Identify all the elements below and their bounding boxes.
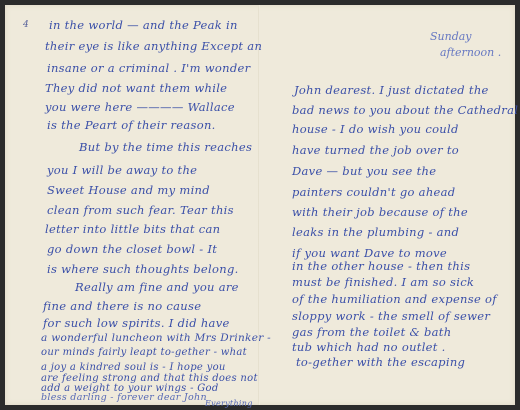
handwritten-line: in the world — and the Peak in	[49, 18, 238, 32]
handwritten-line: tub which had no outlet .	[292, 340, 446, 354]
handwritten-line: go down the closet bowl - It	[47, 242, 217, 256]
handwritten-line: But by the time this reaches	[79, 140, 252, 154]
handwritten-line: gas from the toilet & bath	[292, 325, 451, 339]
handwritten-line: clean from such fear. Tear this	[47, 203, 234, 217]
page-fold	[258, 5, 260, 405]
dateline-time: afternoon .	[440, 46, 501, 59]
handwritten-line: you I will be away to the	[47, 163, 197, 177]
handwritten-line: painters couldn't go ahead	[292, 185, 455, 199]
handwritten-line: John dearest. I just dictated the	[294, 83, 489, 97]
handwritten-line: of the humiliation and expense of	[292, 292, 497, 306]
page-number: 4	[23, 20, 29, 30]
handwritten-line: letter into little bits that can	[45, 222, 220, 236]
handwritten-line: you were here ———— Wallace	[45, 100, 235, 114]
handwritten-line: bad news to you about the Cathedral	[292, 103, 518, 117]
handwritten-line: fine and there is no cause	[43, 299, 201, 313]
handwritten-line: Really am fine and you are	[75, 280, 239, 294]
handwritten-line: have turned the job over to	[292, 143, 459, 157]
handwritten-line: bless darling - forever dear John	[41, 392, 207, 403]
handwritten-line: must be finished. I am so sick	[292, 275, 474, 289]
handwritten-line: is where such thoughts belong.	[47, 262, 239, 276]
handwritten-line: house - I do wish you could	[292, 122, 459, 136]
handwritten-line: leaks in the plumbing - and	[292, 225, 459, 239]
handwritten-line: their eye is like anything Except an	[45, 39, 262, 53]
handwritten-line: with their job because of the	[292, 205, 468, 219]
handwritten-line: our minds fairly leapt to-gether - what	[41, 347, 247, 358]
handwritten-line: Dave — but you see the	[292, 164, 436, 178]
handwritten-line: sloppy work - the smell of sewer	[292, 309, 490, 323]
handwritten-line: a wonderful luncheon with Mrs Drinker -	[41, 332, 271, 344]
handwritten-line: They did not want them while	[45, 81, 227, 95]
handwritten-line: Sweet House and my mind	[47, 183, 210, 197]
handwritten-line: in the other house - then this	[292, 259, 470, 273]
handwritten-line: if you want Dave to move	[292, 246, 447, 260]
handwritten-signature: Everything	[205, 399, 253, 408]
dateline-day: Sunday	[430, 30, 472, 43]
handwritten-line: insane or a criminal . I'm wonder	[47, 61, 250, 75]
handwritten-line: is the Peart of their reason.	[47, 118, 216, 132]
handwritten-line: for such low spirits. I did have	[43, 316, 230, 330]
handwritten-line: to-gether with the escaping	[296, 355, 465, 369]
handwritten-line: a joy a kindred soul is - I hope you	[41, 362, 226, 373]
